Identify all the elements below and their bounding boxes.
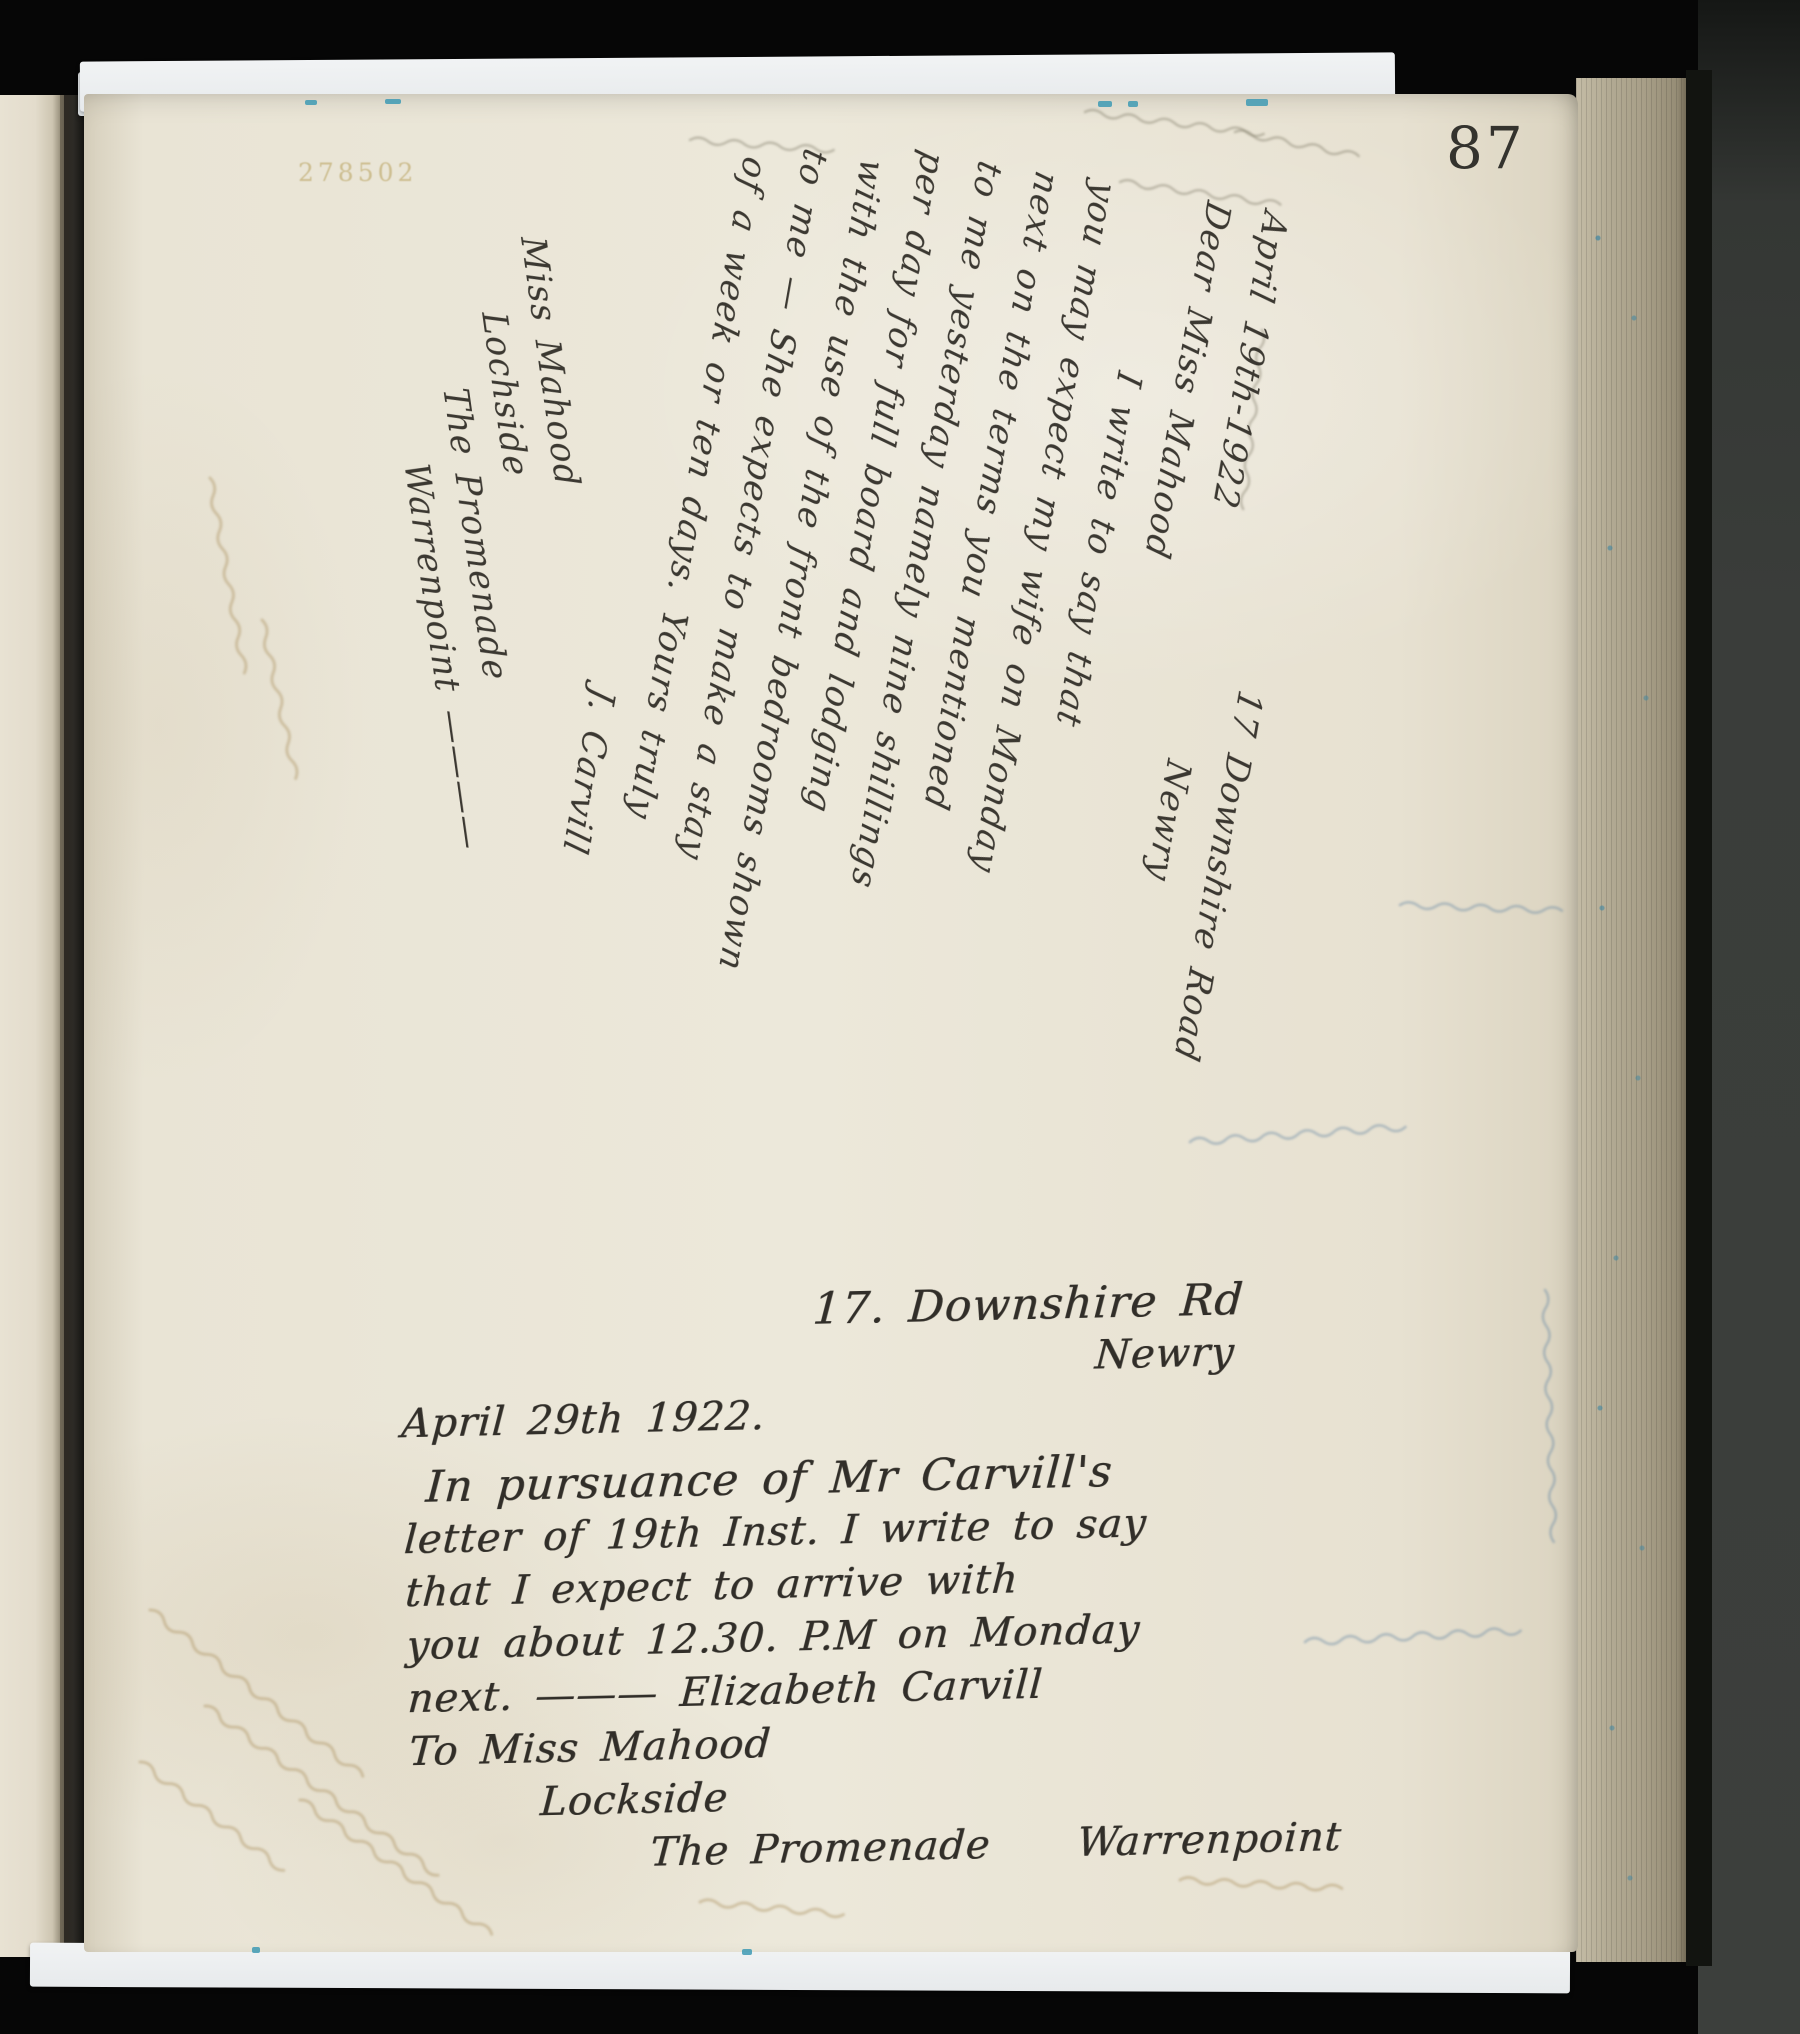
book-cover-edge xyxy=(1686,70,1712,1966)
facing-page-edge xyxy=(0,95,64,1957)
cyan-mark xyxy=(385,99,401,104)
page-stack-fore-edge xyxy=(1576,78,1688,1962)
page-number: 87 xyxy=(1446,114,1526,182)
cyan-mark xyxy=(252,1947,260,1953)
cyan-mark xyxy=(305,100,317,105)
book-scan: 87 278502 17 Downshire Road April 19th-1… xyxy=(0,0,1800,2034)
cyan-mark xyxy=(1246,99,1268,106)
cyan-mark xyxy=(1128,101,1138,107)
cyan-mark xyxy=(1098,101,1112,107)
letter-april-29: 17. Downshire Rd Newry April 29th 1922. … xyxy=(398,1272,1331,1886)
background-right xyxy=(1698,0,1800,2034)
archive-stamp-number: 278502 xyxy=(298,158,417,187)
cyan-mark xyxy=(742,1949,752,1955)
